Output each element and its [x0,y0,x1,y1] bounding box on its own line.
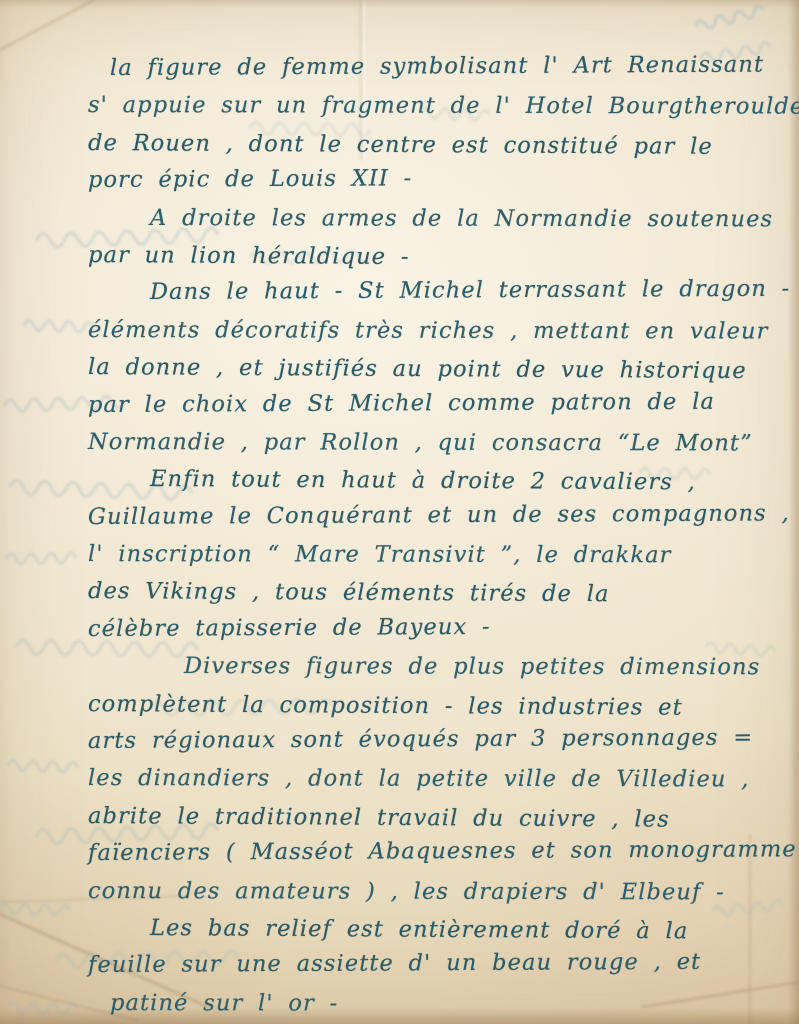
manuscript-line: Diverses figures de plus petites dimensi… [184,648,796,687]
manuscript-line: arts régionaux sont évoqués par 3 person… [88,719,796,760]
manuscript-line: A droite les armes de la Normandie soute… [150,200,796,239]
handwritten-text-block: la figure de femme symbolisant l' Art Re… [88,50,796,1022]
manuscript-line: porc épic de Louis XII - [88,158,796,199]
manuscript-line: s' appuie sur un fragment de l' Hotel Bo… [88,87,796,126]
manuscript-line: Guillaume le Conquérant et un de ses com… [88,495,796,536]
paper-edge-shadow [0,0,799,8]
manuscript-line: patiné sur l' or - [110,985,796,1024]
manuscript-line: Normandie , par Rollon , qui consacra “L… [88,424,796,463]
manuscript-line: éléments décoratifs très riches , mettan… [88,312,796,351]
manuscript-line: par le choix de St Michel comme patron d… [88,383,796,424]
manuscript-line: les dinandiers , dont la petite ville de… [88,760,796,799]
manuscript-line: l' inscription “ Mare Transivit ”, le dr… [88,536,796,575]
manuscript-line: feuille sur une assiette d' un beau roug… [88,944,796,985]
manuscript-line: célèbre tapisserie de Bayeux - [88,607,796,648]
manuscript-line: Dans le haut - St Michel terrassant le d… [150,271,796,312]
paper-crease [0,0,96,57]
manuscript-line: faïenciers ( Masséot Abaquesnes et son m… [88,831,796,872]
manuscript-page: la figure de femme symbolisant l' Art Re… [0,0,799,1024]
manuscript-line: la figure de femme symbolisant l' Art Re… [110,46,796,87]
manuscript-line: connu des amateurs ) , les drapiers d' E… [88,873,796,912]
